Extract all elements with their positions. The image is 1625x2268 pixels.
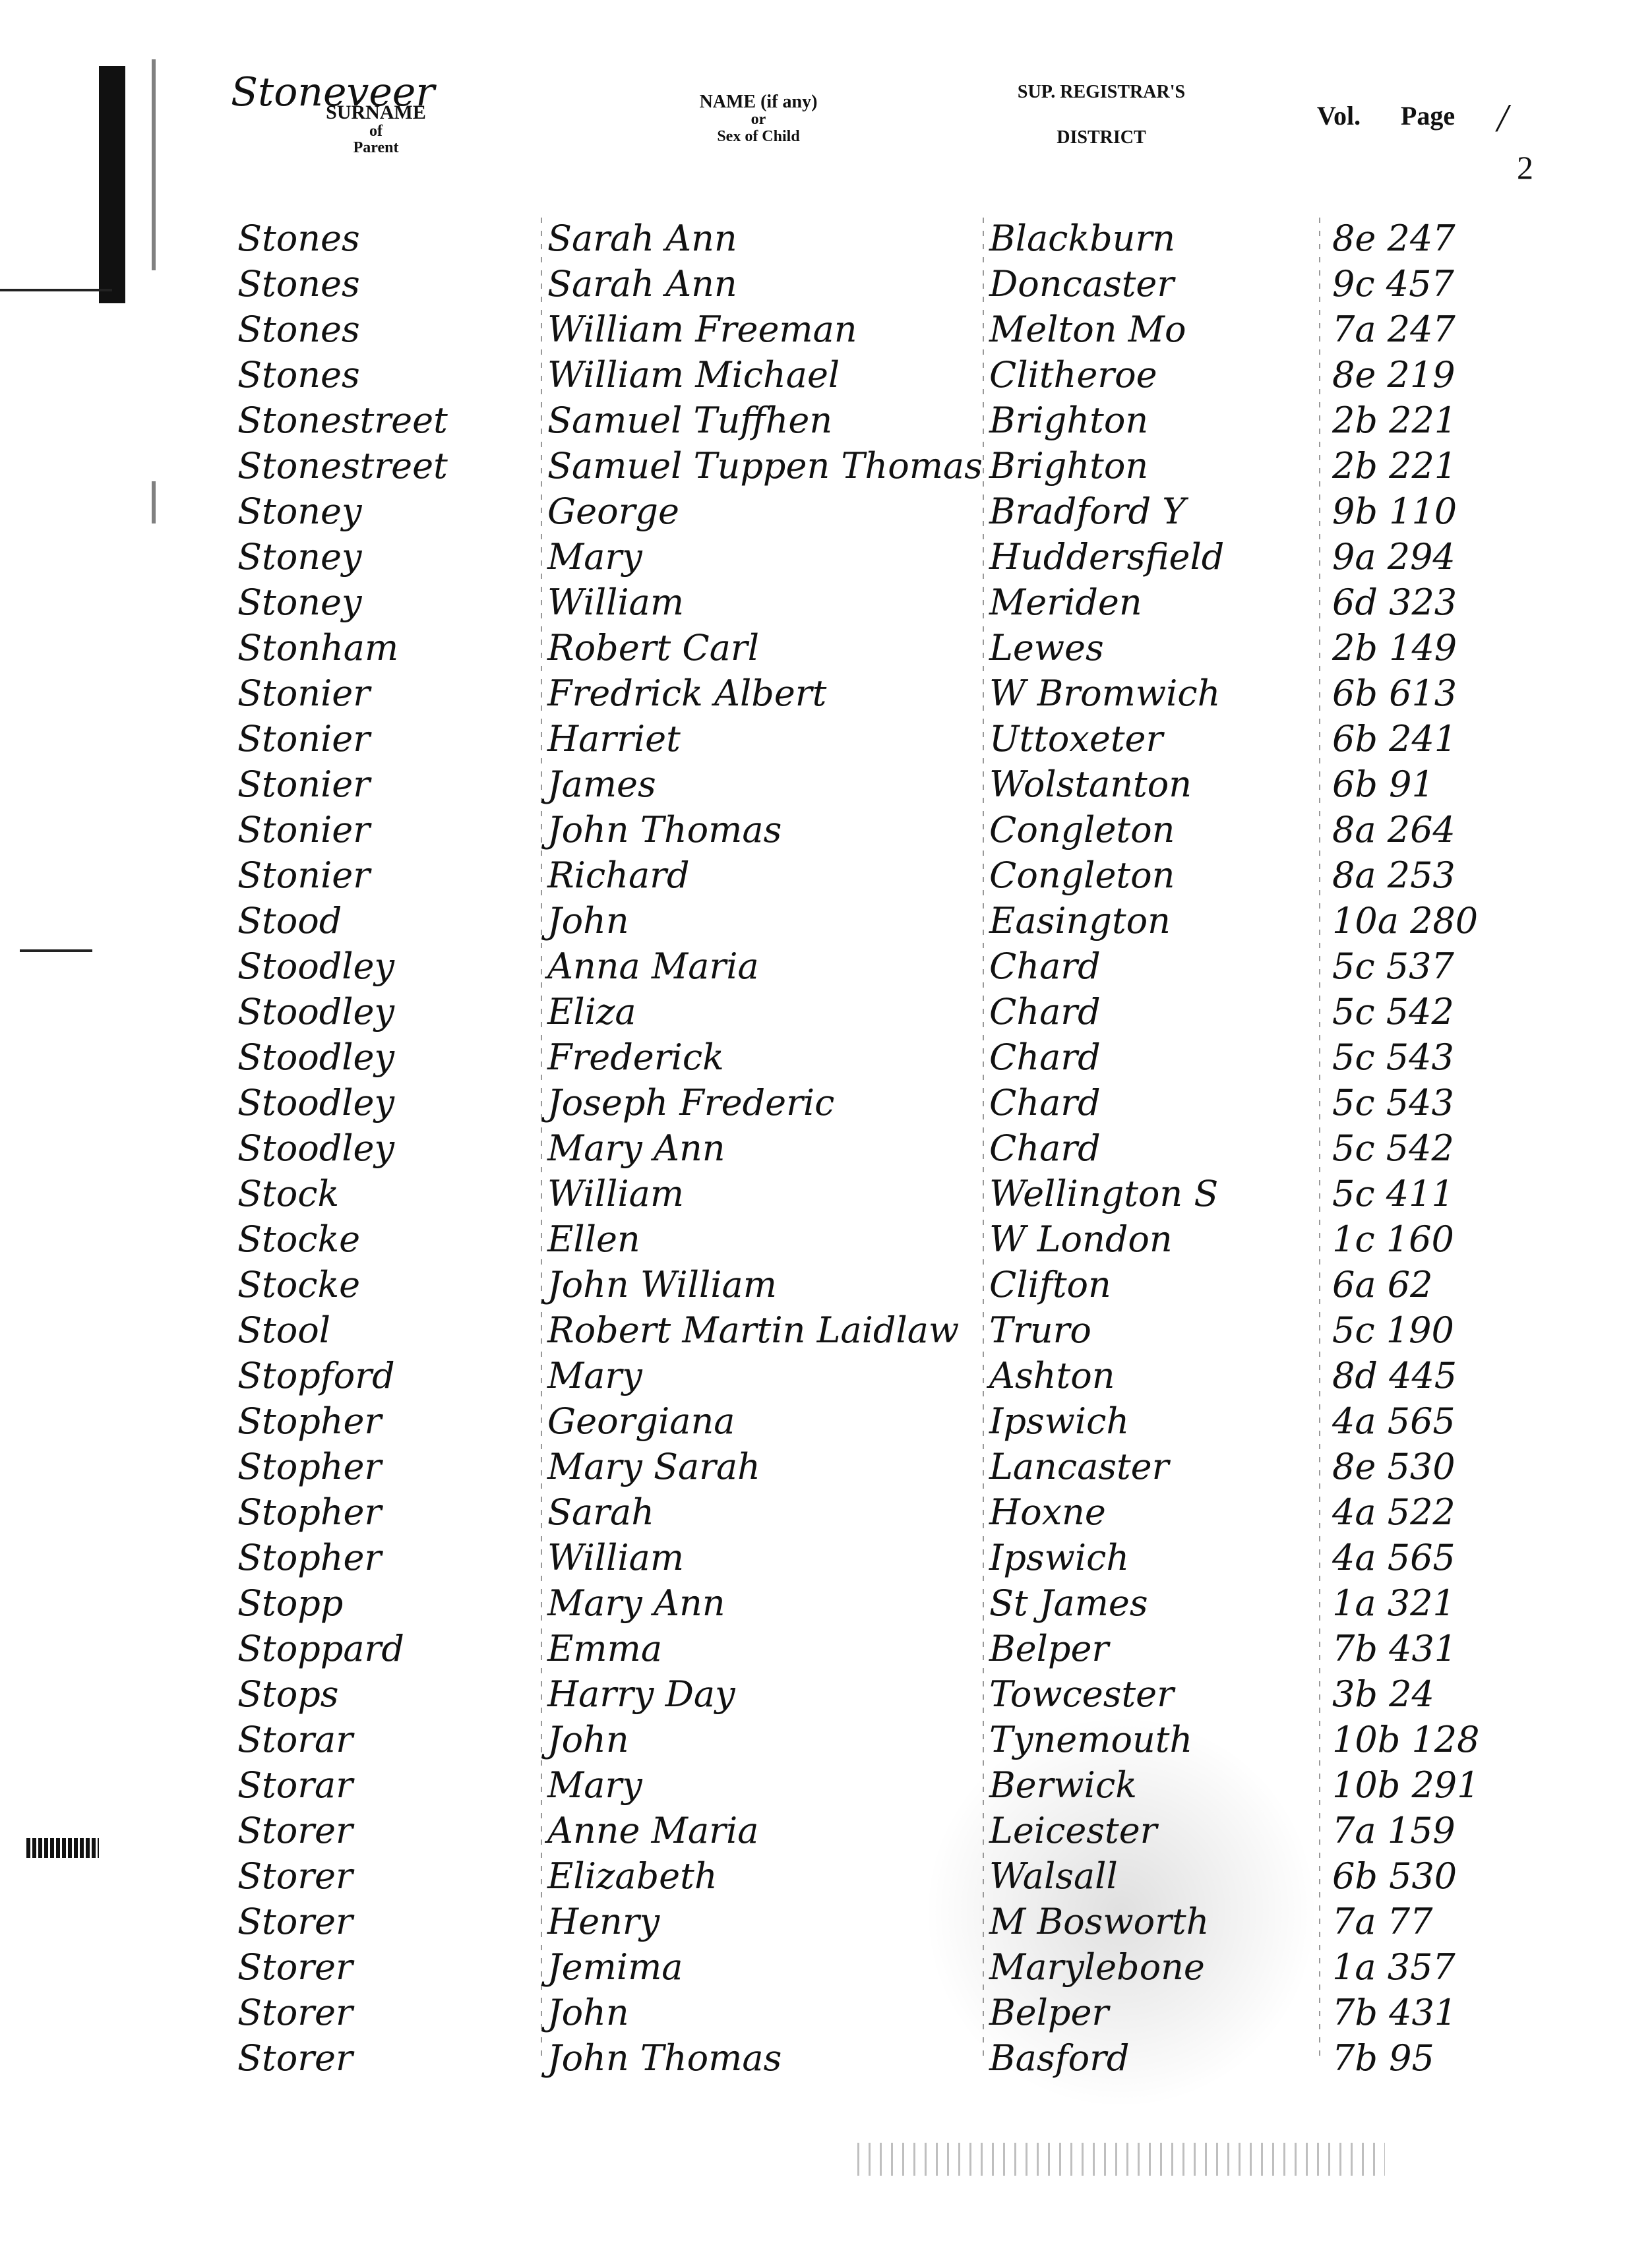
surname-cell: Stones [237,263,360,305]
register-entry: StonierJamesWolstanton6b 91 [0,763,1625,814]
volume-page-cell: 7a 77 [1332,1901,1432,1942]
district-cell: Blackburn [989,218,1175,259]
name-column-header: NAME (if any) or Sex of Child [659,92,857,145]
district-cell: Lancaster [989,1446,1169,1487]
child-name-cell: Samuel Tuffhen [547,400,832,441]
child-name-cell: Anne Maria [547,1810,758,1851]
register-entry: StoppardEmmaBelper7b 431 [0,1628,1625,1678]
volume-page-cell: 8a 264 [1332,809,1456,850]
register-entry: StopsHarry DayTowcester3b 24 [0,1673,1625,1723]
volume-page-cell: 5c 542 [1332,991,1454,1032]
volume-page-cell: 5c 190 [1332,1309,1454,1351]
district-cell: Berwick [989,1764,1137,1806]
district-cell: Belper [989,1628,1109,1669]
volume-page-cell: 9a 294 [1332,536,1456,578]
district-cell: M Bosworth [989,1901,1209,1942]
district-header-line: SUP. REGISTRAR'S [1002,82,1200,102]
district-cell: Bradford Y [989,491,1186,532]
district-cell: Tynemouth [989,1719,1192,1760]
district-cell: Congleton [989,854,1175,896]
child-name-cell: Georgiana [547,1400,735,1442]
register-entry: StorarMaryBerwick10b 291 [0,1764,1625,1814]
district-cell: Easington [989,900,1171,941]
district-cell: St James [989,1582,1148,1624]
register-entry: StoodleyElizaChard5c 542 [0,991,1625,1041]
register-entry: StonhamRobert CarlLewes2b 149 [0,627,1625,677]
surname-cell: Stoney [237,491,361,532]
surname-cell: Stonier [237,809,370,850]
surname-header-line: Parent [310,140,442,156]
surname-cell: Stonham [237,627,398,669]
child-name-cell: Mary Sarah [547,1446,760,1487]
volume-page-cell: 2b 221 [1332,400,1457,441]
child-name-cell: Sarah [547,1491,654,1533]
surname-cell: Stopher [237,1446,381,1487]
surname-cell: Stoodley [237,945,394,987]
surname-cell: Stonestreet [237,400,448,441]
child-name-cell: William [547,582,684,623]
volume-page-cell: 7b 431 [1332,1628,1457,1669]
surname-cell: Stoney [237,536,361,578]
district-cell: Meriden [989,582,1142,623]
register-entry: StonierHarrietUttoxeter6b 241 [0,718,1625,768]
register-entry: StorerJohn ThomasBasford7b 95 [0,2037,1625,2087]
child-name-cell: William Freeman [547,309,857,350]
surname-cell: Stones [237,309,360,350]
vol-column-header: Vol. [1306,102,1372,130]
volume-page-cell: 3b 24 [1332,1673,1434,1715]
district-cell: Doncaster [989,263,1174,305]
child-name-cell: Jemima [547,1946,683,1988]
surname-cell: Stopher [237,1400,381,1442]
register-entry: StoodleyMary AnnChard5c 542 [0,1127,1625,1178]
district-cell: Leicester [989,1810,1157,1851]
register-entry: StockeEllenW London1c 160 [0,1218,1625,1268]
surname-cell: Stoodley [237,991,394,1032]
volume-page-cell: 7a 159 [1332,1810,1456,1851]
register-entry: StockeJohn WilliamClifton6a 62 [0,1264,1625,1314]
child-name-cell: Mary [547,1355,642,1396]
child-name-cell: Frederick [547,1036,724,1078]
name-header-line: Sex of Child [659,129,857,145]
child-name-cell: William [547,1537,684,1578]
district-cell: Chard [989,1036,1101,1078]
volume-page-cell: 4a 565 [1332,1537,1456,1578]
child-name-cell: John William [547,1264,777,1305]
child-name-cell: John [547,900,629,941]
surname-cell: Stock [237,1173,339,1214]
district-cell: Chard [989,1082,1101,1123]
surname-cell: Storer [237,1992,353,2033]
register-entry: StonesWilliam MichaelClitheroe8e 219 [0,354,1625,404]
surname-cell: Stopher [237,1537,381,1578]
surname-cell: Stonestreet [237,445,448,487]
surname-cell: Stonier [237,672,370,714]
surname-cell: Storer [237,1855,353,1897]
surname-cell: Stonier [237,763,370,805]
child-name-cell: Sarah Ann [547,263,737,305]
volume-page-cell: 5c 543 [1332,1036,1454,1078]
volume-page-cell: 7a 247 [1332,309,1456,350]
volume-page-cell: 2b 221 [1332,445,1457,487]
volume-page-cell: 6b 241 [1332,718,1457,760]
register-entry: StonierRichardCongleton8a 253 [0,854,1625,905]
register-entry: StorerHenryM Bosworth7a 77 [0,1901,1625,1951]
surname-cell: Stool [237,1309,330,1351]
district-cell: Truro [989,1309,1091,1351]
surname-cell: Stopher [237,1491,381,1533]
district-cell: Walsall [989,1855,1118,1897]
volume-page-cell: 8e 247 [1332,218,1456,259]
child-name-cell: William [547,1173,684,1214]
child-name-cell: John [547,1719,629,1760]
district-cell: Huddersfield [989,536,1224,578]
child-name-cell: Elizabeth [547,1855,718,1897]
surname-cell: Stoodley [237,1127,394,1169]
child-name-cell: Mary Ann [547,1582,725,1624]
volume-page-cell: 9b 110 [1332,491,1457,532]
surname-cell: Stopford [237,1355,395,1396]
district-cell: Clitheroe [989,354,1157,396]
volume-page-cell: 4a 565 [1332,1400,1456,1442]
register-entry: StoodleyAnna MariaChard5c 537 [0,945,1625,996]
district-cell: Uttoxeter [989,718,1163,760]
surname-cell: Stocke [237,1264,360,1305]
surname-cell: Stones [237,354,360,396]
register-entry: StockWilliamWellington S5c 411 [0,1173,1625,1223]
surname-cell: Stones [237,218,360,259]
district-cell: Chard [989,945,1101,987]
child-name-cell: Henry [547,1901,659,1942]
district-cell: Wellington S [989,1173,1218,1214]
register-entry: StoneyWilliamMeriden6d 323 [0,582,1625,632]
register-entry: StoodleyJoseph FredericChard5c 543 [0,1082,1625,1132]
child-name-cell: Robert Martin Laidlaw [547,1309,959,1351]
register-entry: StopherSarahHoxne4a 522 [0,1491,1625,1541]
district-cell: W London [989,1218,1173,1260]
child-name-cell: Sarah Ann [547,218,737,259]
register-entry: StorerJohnBelper7b 431 [0,1992,1625,2042]
register-entry: StonierFredrick AlbertW Bromwich6b 613 [0,672,1625,723]
volume-page-cell: 2b 149 [1332,627,1457,669]
district-cell: Lewes [989,627,1104,669]
district-cell: Hoxne [989,1491,1106,1533]
surname-cell: Storer [237,1810,353,1851]
register-entry: StonesSarah AnnBlackburn8e 247 [0,218,1625,268]
child-name-cell: Mary Ann [547,1127,725,1169]
district-cell: Towcester [989,1673,1174,1715]
surname-cell: Stoodley [237,1082,394,1123]
register-entry: StonestreetSamuel TuffhenBrighton2b 221 [0,400,1625,450]
register-entry: StopherWilliamIpswich4a 565 [0,1537,1625,1587]
child-name-cell: William Michael [547,354,840,396]
volume-page-cell: 9c 457 [1332,263,1454,305]
surname-cell: Stocke [237,1218,360,1260]
child-name-cell: Mary [547,1764,642,1806]
register-entry: StoneyGeorgeBradford Y9b 110 [0,491,1625,541]
register-entry: StopherGeorgianaIpswich4a 565 [0,1400,1625,1450]
surname-column-header: SURNAME of Parent [310,102,442,156]
volume-page-cell: 5c 543 [1332,1082,1454,1123]
register-entry: StonesSarah AnnDoncaster9c 457 [0,263,1625,313]
volume-page-cell: 1c 160 [1332,1218,1454,1260]
volume-page-cell: 8e 219 [1332,354,1456,396]
volume-page-cell: 6d 323 [1332,582,1457,623]
volume-page-cell: 6b 613 [1332,672,1457,714]
volume-page-cell: 8e 530 [1332,1446,1456,1487]
child-name-cell: Eliza [547,991,636,1032]
child-name-cell: Fredrick Albert [547,672,826,714]
child-name-cell: Ellen [547,1218,640,1260]
child-name-cell: John [547,1992,629,2033]
volume-page-cell: 10b 128 [1332,1719,1480,1760]
volume-page-cell: 6b 530 [1332,1855,1457,1897]
volume-page-cell: 4a 522 [1332,1491,1456,1533]
surname-cell: Stoney [237,582,361,623]
child-name-cell: Samuel Tuppen Thomas [547,445,983,487]
surname-cell: Stonier [237,854,370,896]
volume-page-cell: 1a 357 [1332,1946,1456,1988]
volume-page-cell: 7b 431 [1332,1992,1457,2033]
register-entry: StonestreetSamuel Tuppen ThomasBrighton2… [0,445,1625,495]
district-cell: Congleton [989,809,1175,850]
child-name-cell: John Thomas [547,809,782,850]
volume-page-cell: 10a 280 [1332,900,1478,941]
volume-page-cell: 8d 445 [1332,1355,1457,1396]
register-entry: StorerAnne MariaLeicester7a 159 [0,1810,1625,1860]
register-entry: StoneyMaryHuddersfield9a 294 [0,536,1625,586]
district-cell: Marylebone [989,1946,1205,1988]
register-entry: StorerElizabethWalsall6b 530 [0,1855,1625,1905]
child-name-cell: Anna Maria [547,945,759,987]
register-entry: StopherMary SarahLancaster8e 530 [0,1446,1625,1496]
volume-page-cell: 1a 321 [1332,1582,1456,1624]
register-entry: StonierJohn ThomasCongleton8a 264 [0,809,1625,859]
district-column-header: SUP. REGISTRAR'S DISTRICT [1002,82,1200,148]
register-entry: StoolRobert Martin LaidlawTruro5c 190 [0,1309,1625,1359]
volume-page-cell: 5c 537 [1332,945,1454,987]
register-entry: StoodleyFrederickChard5c 543 [0,1036,1625,1087]
register-entry: StonesWilliam FreemanMelton Mo7a 247 [0,309,1625,359]
volume-page-cell: 5c 411 [1332,1173,1454,1214]
name-header-line: or [659,111,857,128]
register-entry: StopfordMaryAshton8d 445 [0,1355,1625,1405]
district-cell: Brighton [989,400,1148,441]
district-cell: Basford [989,2037,1129,2079]
district-cell: Ipswich [989,1537,1129,1578]
surname-cell: Storer [237,1946,353,1988]
child-name-cell: Emma [547,1628,662,1669]
surname-cell: Stopp [237,1582,343,1624]
surname-header-line: of [310,123,442,140]
district-cell: Chard [989,991,1101,1032]
surname-cell: Storer [237,1901,353,1942]
child-name-cell: George [547,491,679,532]
volume-page-cell: 10b 291 [1332,1764,1480,1806]
district-header-line: DISTRICT [1002,128,1200,147]
child-name-cell: James [547,763,656,805]
district-cell: Chard [989,1127,1101,1169]
surname-header-line: SURNAME [310,102,442,123]
volume-page-cell: 7b 95 [1332,2037,1434,2079]
register-entry: StorerJemimaMarylebone1a 357 [0,1946,1625,1996]
child-name-cell: Robert Carl [547,627,759,669]
sheet-number: 2 [1517,148,1533,187]
child-name-cell: Harriet [547,718,681,760]
scan-noise [857,2143,1385,2176]
child-name-cell: Richard [547,854,690,896]
register-header: Stoneveer SURNAME of Parent NAME (if any… [0,40,1625,171]
register-entry: StoodJohnEasington10a 280 [0,900,1625,950]
volume-page-cell: 5c 542 [1332,1127,1454,1169]
register-entry: StoppMary AnnSt James1a 321 [0,1582,1625,1632]
surname-cell: Stood [237,900,342,941]
district-cell: W Bromwich [989,672,1220,714]
page-column-header: Page [1385,102,1471,130]
surname-cell: Stoodley [237,1036,394,1078]
district-cell: Clifton [989,1264,1111,1305]
surname-cell: Storar [237,1764,353,1806]
child-name-cell: Mary [547,536,642,578]
district-cell: Brighton [989,445,1148,487]
district-cell: Ashton [989,1355,1115,1396]
district-cell: Melton Mo [989,309,1186,350]
surname-cell: Storer [237,2037,353,2079]
surname-cell: Stops [237,1673,338,1715]
district-cell: Belper [989,1992,1109,2033]
surname-cell: Stoppard [237,1628,404,1669]
child-name-cell: Joseph Frederic [547,1082,834,1123]
surname-cell: Storar [237,1719,353,1760]
district-cell: Ipswich [989,1400,1129,1442]
district-cell: Wolstanton [989,763,1192,805]
name-header-line: NAME (if any) [659,92,857,111]
volume-page-cell: 6a 62 [1332,1264,1432,1305]
volume-page-cell: 6b 91 [1332,763,1434,805]
register-entry: StorarJohnTynemouth10b 128 [0,1719,1625,1769]
volume-page-cell: 8a 253 [1332,854,1456,896]
child-name-cell: Harry Day [547,1673,735,1715]
child-name-cell: John Thomas [547,2037,782,2079]
surname-cell: Stonier [237,718,370,760]
corner-mark: / [1497,96,1508,141]
